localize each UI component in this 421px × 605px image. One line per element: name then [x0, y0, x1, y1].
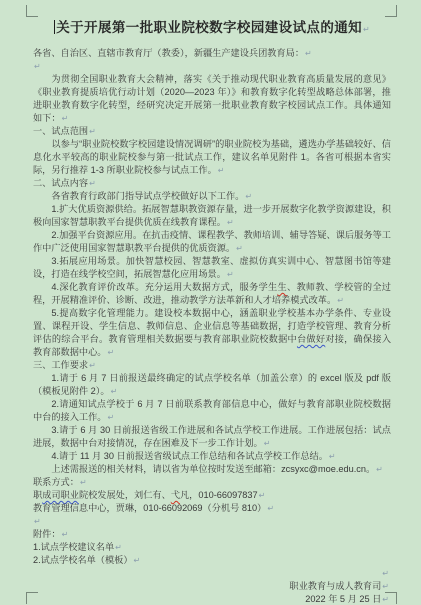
text-run: 以参与“职业院校数字校园建设情况调研”的职业院校为基础，遴选办学基础较好、信息化…	[33, 139, 391, 175]
paragraph-mark-icon: ↵	[89, 177, 96, 190]
document-body[interactable]: 各省、自治区、直辖市教育厅（教委），新疆生产建设兵团教育局：↵↵为贯彻全国职业教…	[33, 47, 391, 605]
paragraph-mark-icon: ↵	[329, 450, 336, 463]
paragraph-mark-icon: ↵	[34, 60, 41, 73]
paragraph-mark-icon: ↵	[382, 580, 389, 593]
text-run: 职业教育与成人教育司	[289, 581, 381, 591]
spellcheck-red-underline: 生	[277, 282, 286, 292]
submission-note[interactable]: 上述需报送的相关材料，请以省为单位按时发送至邮箱：zcsyxc@moe.edu.…	[33, 463, 391, 476]
text-run: 联系方式：	[33, 477, 79, 487]
section-2-lead[interactable]: 各省教育行政部门指导试点学校做好以下工作。↵	[33, 190, 391, 203]
paragraph-mark-icon: ↵	[89, 125, 96, 138]
requirement-2[interactable]: 2.请通知试点学校于 6 月 7 日前联系教育部信息中心，做好与教育部职业院校数…	[33, 398, 391, 424]
paragraph-mark-icon: ↵	[264, 437, 271, 450]
section-1-body[interactable]: 以参与“职业院校数字校园建设情况调研”的职业院校为基础，遴选办学基础较好、信息化…	[33, 138, 391, 177]
paragraph-mark-icon: ↵	[227, 268, 234, 281]
crop-mark-top-right-icon	[385, 5, 397, 17]
paragraph-mark-icon: ↵	[218, 164, 225, 177]
crop-mark-top-left-icon	[26, 5, 38, 17]
text-run: 凡，010-66097837	[180, 490, 258, 500]
paragraph-mark-icon: ↵	[80, 476, 87, 489]
text-run: 各省、自治区、直辖市教育厅（教委），新疆生产建设兵团教育局：	[33, 48, 304, 58]
paragraph-mark-icon: ↵	[134, 554, 141, 567]
document-page: 关于开展第一批职业院校数字校园建设试点的通知↵ 各省、自治区、直辖市教育厅（教委…	[0, 0, 421, 605]
salutation[interactable]: 各省、自治区、直辖市教育厅（教委），新疆生产建设兵团教育局：↵	[33, 47, 391, 60]
text-run: 2022 年 5 月 25 日	[305, 594, 381, 604]
requirement-3[interactable]: 3.请于 6 月 30 日前报送省级工作进展和各试点学校工作进展。工作进展包括：…	[33, 424, 391, 450]
text-run: 1.试点学校建议名单	[33, 542, 114, 552]
item-4[interactable]: 4.深化教育评价改革。充分运用大数据方式，服务学生生、教师教、学校管的全过程，开…	[33, 281, 391, 307]
paragraph-mark-icon: ↵	[89, 359, 96, 372]
paragraph-mark-icon: ↵	[363, 19, 370, 40]
text-run: 附件：	[33, 529, 61, 539]
item-2[interactable]: 2.加强平台资源应用。在抗击疫情、课程教学、教师培训、辅导答疑、课后服务等工作中…	[33, 229, 391, 255]
document-content[interactable]: 关于开展第一批职业院校数字校园建设试点的通知↵ 各省、自治区、直辖市教育厅（教委…	[33, 17, 391, 605]
paragraph-mark-icon: ↵	[115, 541, 122, 554]
requirement-4[interactable]: 4.请于 11 月 30 日前报送省级试点工作总结和各试点学校工作总结。↵	[33, 450, 391, 463]
item-1[interactable]: 1.扩大优质资源供给。拓展智慧职教资源存量，进一步开展数字化教学资源建设，积极向…	[33, 203, 391, 229]
paragraph-mark-icon: ↵	[62, 528, 69, 541]
paragraph-mark-icon: ↵	[108, 411, 115, 424]
signature-department[interactable]: 职业教育与成人教育司↵	[33, 580, 391, 593]
contact-heading[interactable]: 联系方式：↵	[33, 476, 391, 489]
paragraph-mark-icon: ↵	[376, 463, 383, 476]
contact-line-1[interactable]: 职成司职业院校发展处，刘仁有、弋凡，010-66097837↵	[33, 489, 391, 502]
text-run: 各省教育行政部门指导试点学校做好以下工作。	[51, 191, 244, 201]
item-5[interactable]: 5.提高数字化管理能力。建设校本数据中心，涵盖职业学校基本办学条件、专业设置、课…	[33, 307, 391, 359]
spellcheck-red-underline: 弋	[171, 490, 180, 500]
item-3[interactable]: 3.拓展应用场景。加快智慧校园、智慧教室、虚拟仿真实训中心、智慧图书馆等建设，打…	[33, 255, 391, 281]
paragraph-mark-icon: ↵	[382, 593, 389, 605]
grammar-blue-underline: 成司职业	[42, 490, 79, 500]
paragraph-mark-icon: ↵	[245, 190, 252, 203]
text-run: 为贯彻全国职业教育大会精神，落实《关于推动现代职业教育高质量发展的意见》《职业教…	[33, 74, 391, 123]
paragraph-mark-icon: ↵	[337, 294, 344, 307]
text-run: 职	[33, 490, 42, 500]
empty-line-right[interactable]: ↵	[33, 567, 391, 580]
text-run: 2.加强平台资源应用。在抗击疫情、课程教学、教师培训、辅导答疑、课后服务等工作中…	[33, 230, 391, 253]
contact-line-2[interactable]: 教育管理信息中心，贾琳，010-66092069（分机号 810）↵	[33, 502, 391, 515]
text-run: 院校发展处，刘仁有、	[79, 490, 171, 500]
paragraph-mark-icon: ↵	[34, 515, 41, 528]
empty-line[interactable]: ↵	[33, 60, 391, 73]
attachment-1[interactable]: 1.试点学校建议名单↵	[33, 541, 391, 554]
section-2-heading[interactable]: 二、试点内容↵	[33, 177, 391, 190]
text-run: 上述需报送的相关材料，请以省为单位按时发送至邮箱：zcsyxc@moe.edu.…	[51, 464, 375, 474]
attachment-2[interactable]: 2.试点学校名单（模板）↵	[33, 554, 391, 567]
paragraph-mark-icon: ↵	[267, 502, 274, 515]
paragraph-mark-icon: ↵	[111, 385, 118, 398]
text-run: 4.深化教育评价改革。充分运用大数据方式，服务学生	[51, 282, 277, 292]
attachments-heading[interactable]: 附件：↵	[33, 528, 391, 541]
paragraph-mark-icon: ↵	[236, 242, 243, 255]
text-run: 教育管理信息中心，贾琳，010-66092069（分机号 810）	[33, 503, 266, 513]
paragraph-mark-icon: ↵	[382, 567, 389, 580]
grammar-blue-underline: 台做好	[297, 334, 325, 344]
paragraph-mark-icon: ↵	[108, 346, 115, 359]
section-1-heading[interactable]: 一、试点范围↵	[33, 125, 391, 138]
paragraph-mark-icon: ↵	[305, 47, 312, 60]
paragraph-mark-icon: ↵	[227, 216, 234, 229]
text-run: 二、试点内容	[33, 178, 88, 188]
requirement-1[interactable]: 1.请于 6 月 7 日前报送最终确定的试点学校名单（加盖公章）的 excel …	[33, 372, 391, 398]
document-title-row: 关于开展第一批职业院校数字校园建设试点的通知↵	[33, 17, 391, 40]
text-run: 2.试点学校名单（模板）	[33, 555, 133, 565]
text-run: 4.请于 11 月 30 日前报送省级试点工作总结和各试点学校工作总结。	[51, 451, 328, 461]
paragraph-mark-icon: ↵	[259, 489, 266, 502]
text-run: 1.请于 6 月 7 日前报送最终确定的试点学校名单（加盖公章）的 excel …	[33, 373, 391, 396]
empty-line[interactable]: ↵	[33, 515, 391, 528]
text-run: 3.拓展应用场景。加快智慧校园、智慧教室、虚拟仿真实训中心、智慧图书馆等建设，打…	[33, 256, 391, 279]
text-run: 2.请通知试点学校于 6 月 7 日前联系教育部信息中心，做好与教育部职业院校数…	[33, 399, 391, 422]
text-run: 3.请于 6 月 30 日前报送省级工作进展和各试点学校工作进展。工作进展包括：…	[33, 425, 391, 448]
text-run: 1.扩大优质资源供给。拓展智慧职教资源存量，进一步开展数字化教学资源建设，积极向…	[33, 204, 391, 227]
document-title[interactable]: 关于开展第一批职业院校数字校园建设试点的通知	[56, 20, 362, 35]
text-run: 一、试点范围	[33, 126, 88, 136]
section-3-heading[interactable]: 三、工作要求↵	[33, 359, 391, 372]
intro-paragraph[interactable]: 为贯彻全国职业教育大会精神，落实《关于推动现代职业教育高质量发展的意见》《职业教…	[33, 73, 391, 125]
paragraph-mark-icon: ↵	[62, 112, 69, 125]
text-run: 三、工作要求	[33, 360, 88, 370]
signature-date[interactable]: 2022 年 5 月 25 日↵	[33, 593, 391, 605]
